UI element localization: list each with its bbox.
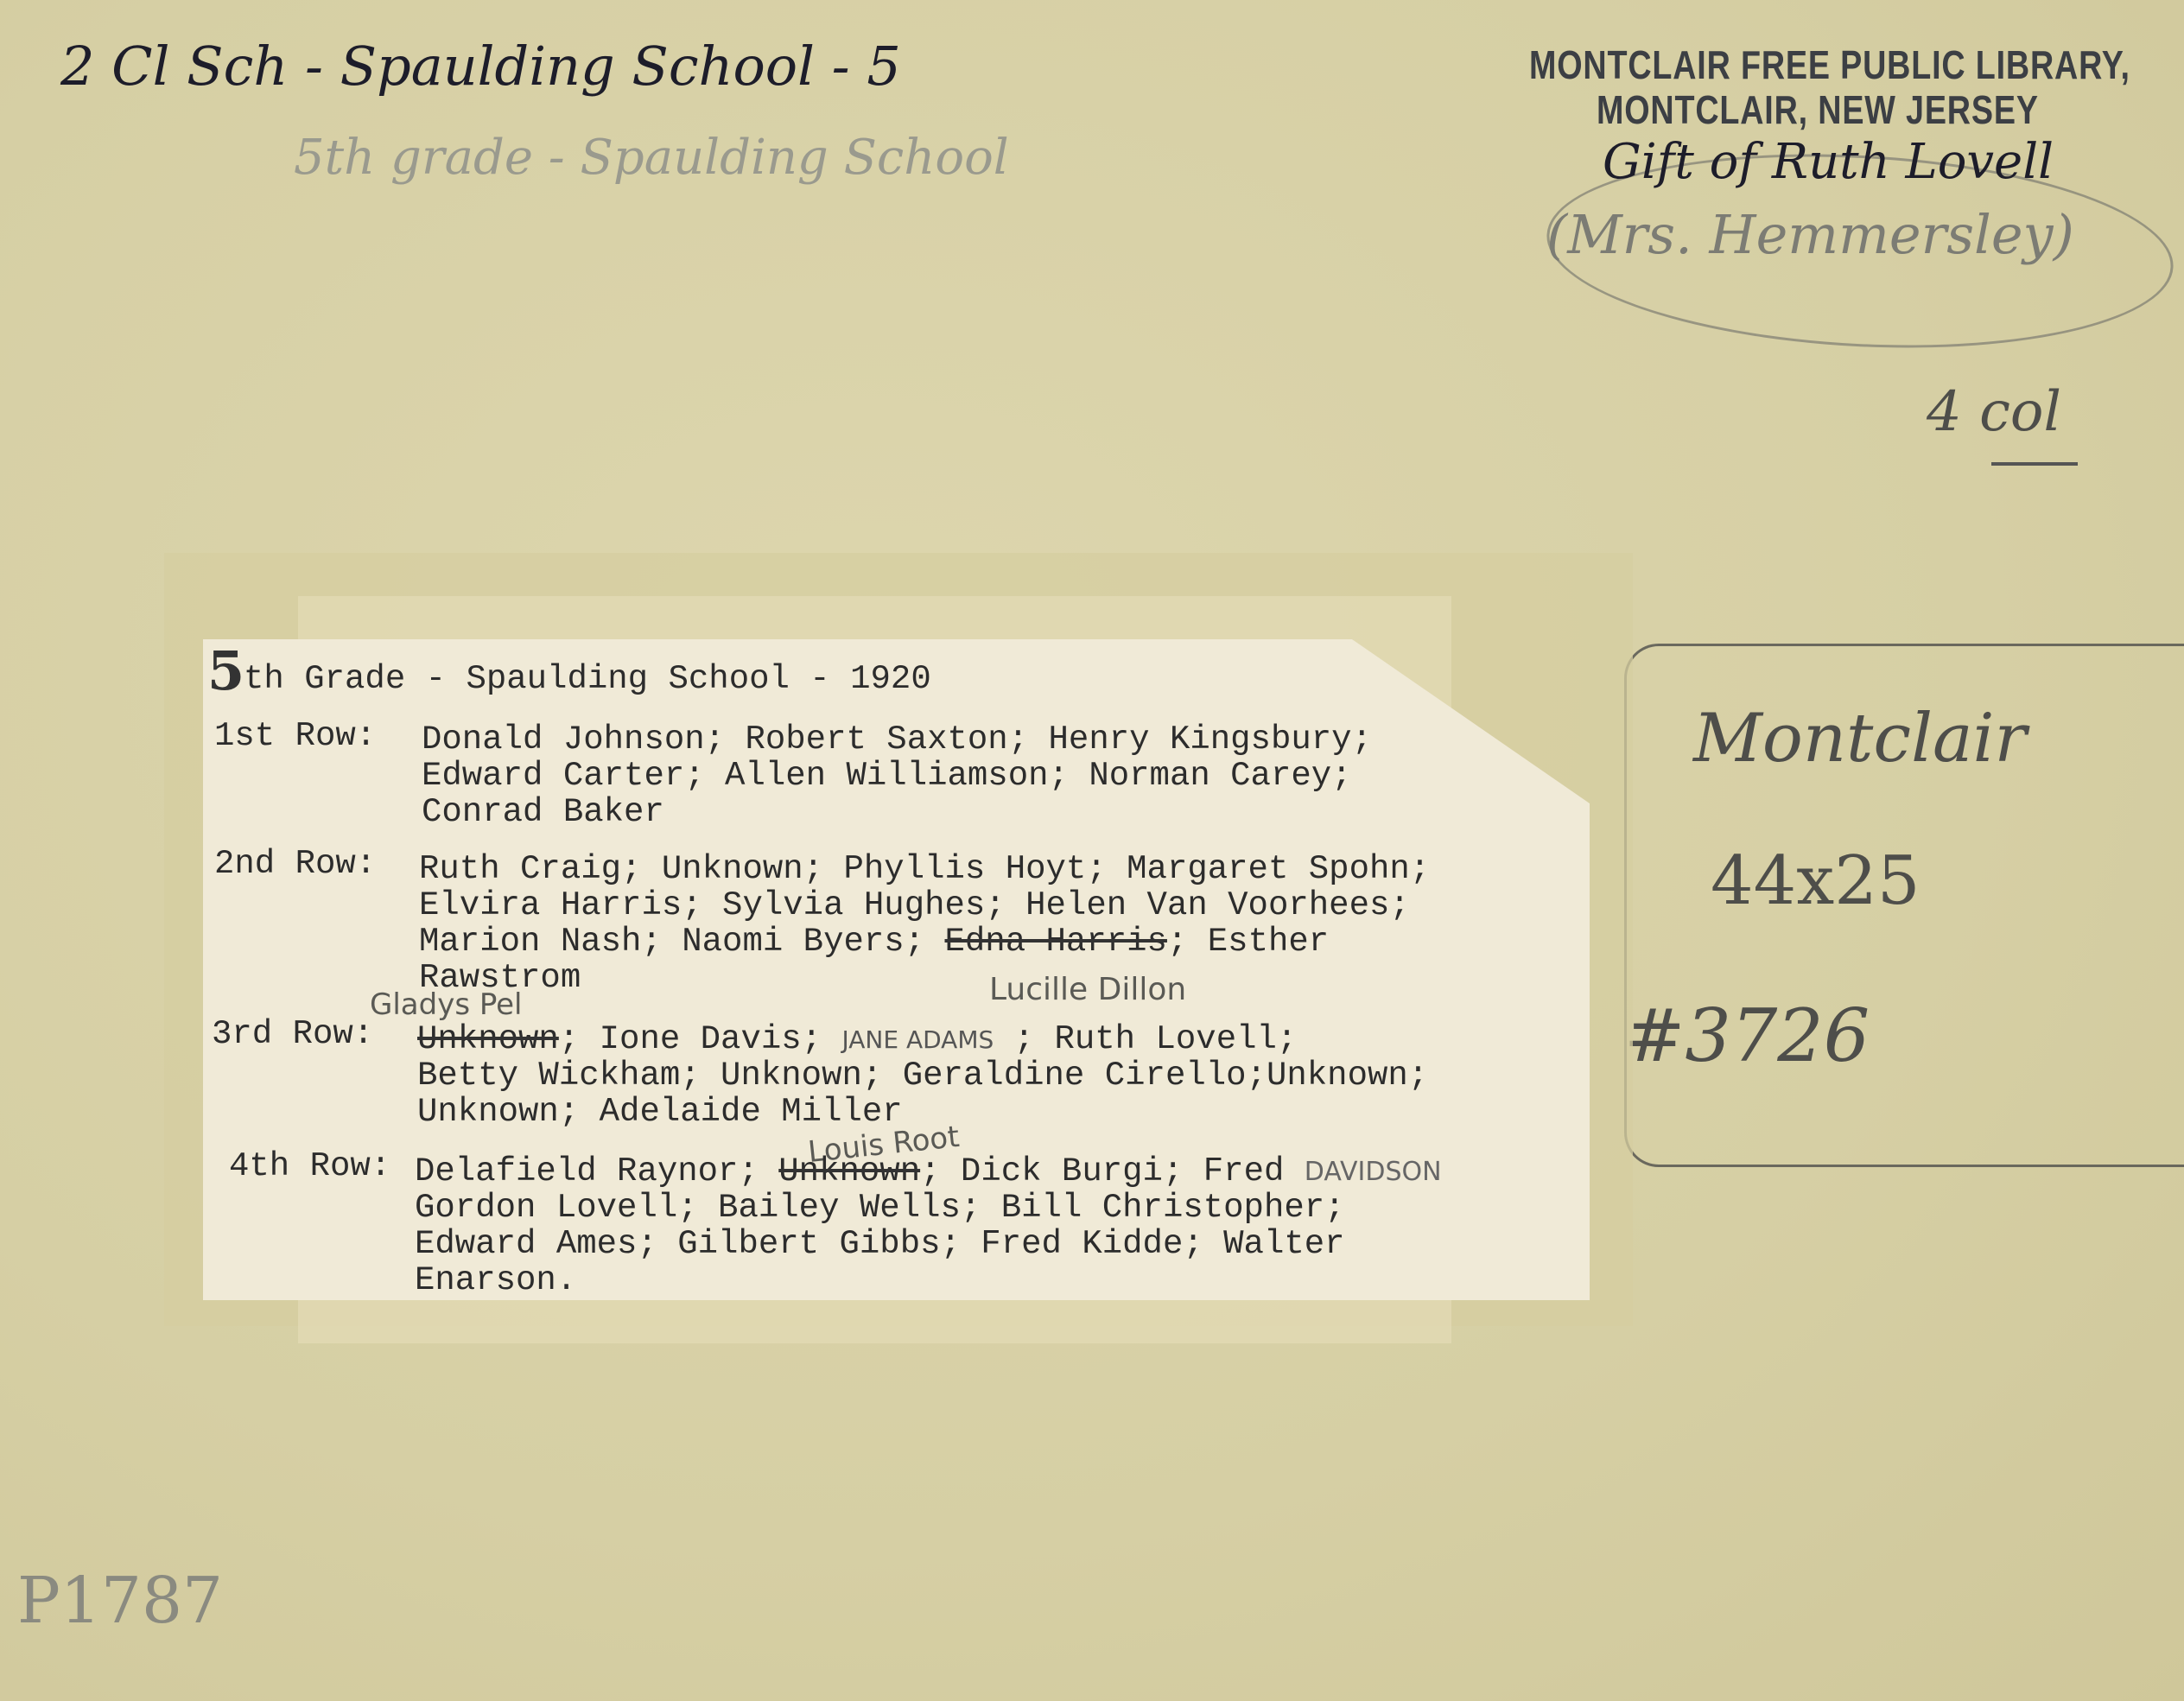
row-3-line-3: Unknown; Adelaide Miller [417, 1094, 903, 1130]
correction-gladys: Gladys Pel [370, 987, 523, 1022]
inserted-davidson: DAVIDSON [1305, 1157, 1442, 1187]
row-1-line-3: Conrad Baker [422, 794, 664, 830]
accession-number: #3726 [1624, 993, 1870, 1078]
row-4-line-3: Edward Ames; Gilbert Gibbs; Fred Kidde; … [415, 1226, 1345, 1262]
row-label-2: 2nd Row: [214, 845, 376, 883]
grade-digit-handwritten: 5 [207, 639, 244, 702]
place-note: Montclair [1693, 700, 2027, 778]
row-3-line-2: Betty Wickham; Unknown; Geraldine Cirell… [417, 1057, 1428, 1094]
row-label-4: 4th Row: [229, 1147, 390, 1185]
library-stamp-line1: MONTCLAIR FREE PUBLIC LIBRARY, [1529, 41, 2130, 88]
catalog-number: P1787 [17, 1564, 223, 1638]
gift-note-pencil: (Mrs. Hemmersley) [1546, 203, 2074, 266]
row-2-line-2: Elvira Harris; Sylvia Hughes; Helen Van … [419, 887, 1410, 923]
row-3-line-1-end: ; Ruth Lovell; [994, 1020, 1297, 1058]
row-3-line-1-rest: ; Ione Davis; [559, 1020, 842, 1058]
row-4-line-1-start: Delafield Raynor; [415, 1152, 778, 1190]
row-label-1: 1st Row: [214, 717, 376, 755]
row-1-line-1: Donald Johnson; Robert Saxton; Henry Kin… [422, 721, 1372, 758]
underline-mark [1991, 462, 2078, 466]
row-2-line-3-start: Marion Nash; Naomi Byers; [419, 923, 945, 961]
handwritten-ink-title: 2 Cl Sch - Spaulding School - 5 [60, 35, 901, 98]
row-4-line-1: Delafield Raynor; Unknown; Dick Burgi; F… [415, 1153, 1442, 1190]
row-label-3: 3rd Row: [212, 1015, 373, 1053]
row-4-line-1-rest: ; Dick Burgi; Fred [920, 1152, 1305, 1190]
struck-name: Edna Harris [945, 923, 1167, 961]
row-2-line-1: Ruth Craig; Unknown; Phyllis Hoyt; Marga… [419, 851, 1430, 887]
correction-lucille-dillon: Lucille Dillon [989, 972, 1186, 1007]
gift-note: Gift of Ruth Lovell [1603, 134, 2054, 190]
column-size-note: 4 col [1927, 380, 2061, 444]
struck-unknown: Unknown [417, 1020, 559, 1058]
row-1-line-2: Edward Carter; Allen Williamson; Norman … [422, 758, 1352, 794]
row-2-line-3-end: ; Esther [1167, 923, 1329, 961]
inserted-jane-adams: JANE ADAMS [841, 1025, 994, 1054]
library-stamp-line2: MONTCLAIR, NEW JERSEY [1597, 86, 2039, 133]
card-title: th Grade - Spaulding School - 1920 [244, 661, 931, 697]
row-4-line-2: Gordon Lovell; Bailey Wells; Bill Christ… [415, 1190, 1345, 1226]
struck-unknown-2: Unknown [778, 1152, 920, 1190]
handwritten-pencil-title: 5th grade - Spaulding School [294, 130, 1009, 186]
dimensions-note: 44x25 [1711, 842, 1921, 920]
row-3-line-1: Unknown; Ione Davis; JANE ADAMS ; Ruth L… [417, 1021, 1297, 1058]
row-2-line-3: Marion Nash; Naomi Byers; Edna Harris; E… [419, 923, 1329, 960]
row-4-line-4: Enarson. [415, 1262, 576, 1298]
